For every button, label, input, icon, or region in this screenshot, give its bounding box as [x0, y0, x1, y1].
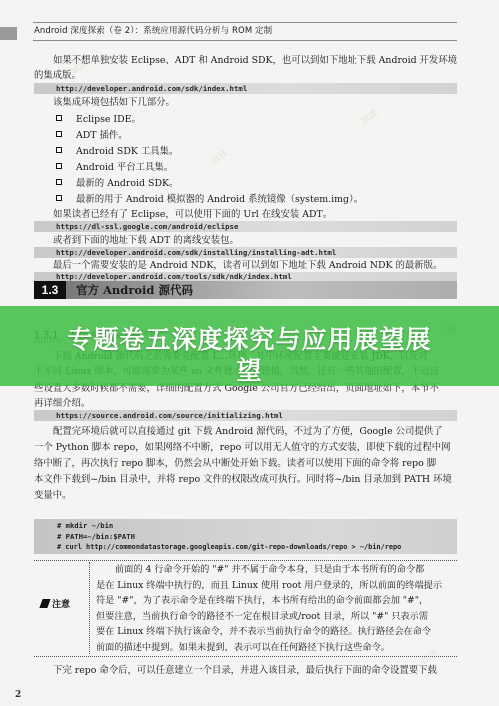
checkbox-bullet-icon [56, 147, 62, 153]
paragraph-line: 的集成版。 [34, 67, 81, 81]
bullet-item: 最新的 Android SDK。 [76, 175, 178, 189]
page-tab-marker [0, 27, 17, 40]
page-number: 2 [15, 690, 21, 700]
note-divider [89, 562, 90, 654]
paragraph-line: 变量中。 [34, 487, 72, 501]
section-heading: 1.3 官方 Android 源代码 [34, 281, 457, 299]
checkbox-bullet-icon [56, 163, 62, 169]
note-text: 前面的 4 行命令开始的 "#" 并不属于命令本身，只是由于本书所有的命令都 是… [96, 562, 456, 655]
watermark: 试读 [358, 106, 380, 127]
bullet-item: ADT 插件。 [76, 127, 128, 141]
paragraph-line: 如果读者已经有了 Eclipse，可以使用下面的 Url 在线安装 ADT。 [53, 206, 332, 220]
book-page: 试读 试读 试读 试读 试读 试读 Android 深度探索（卷 2）：系统应用… [0, 0, 499, 706]
note-border-bottom [34, 656, 457, 657]
url-block: https://dl-ssl.google.com/android/eclips… [34, 221, 457, 232]
bullet-item: Eclipse IDE。 [76, 111, 141, 125]
section-title: 官方 Android 源代码 [76, 281, 193, 299]
paragraph-line: 该集成环境包括如下几部分。 [53, 94, 175, 108]
checkbox-bullet-icon [56, 195, 62, 201]
checkbox-bullet-icon [56, 131, 62, 137]
paragraph-line: 再详细介绍。 [34, 395, 90, 409]
paragraph-line: 或者到下面的地址下载 ADT 的离线安装包。 [53, 232, 239, 246]
code-line: # PATH=~/bin:$PATH [57, 531, 135, 542]
paragraph-line: 一个 Python 脚本 repo，如果网络不中断，repo 可以用无人值守的方… [34, 439, 451, 453]
paragraph-line: 络中断了，再次执行 repo 脚本，仍然会从中断处开始下载。读者可以使用下面的命… [34, 455, 436, 469]
code-line: # mkdir ~/bin [57, 520, 113, 531]
note-border-top [34, 560, 457, 561]
header-rule-top [33, 22, 457, 23]
bullet-item: 最新的用于 Android 模拟器的 Android 系统镜像（system.i… [76, 191, 363, 205]
paragraph-line: 如果不想单独安装 Eclipse、ADT 和 Android SDK，也可以到如… [53, 52, 457, 66]
url-block: https://source.android.com/source/initia… [34, 410, 457, 421]
pen-icon [39, 599, 50, 608]
section-number: 1.3 [34, 281, 66, 299]
url-text: https://source.android.com/source/initia… [56, 410, 283, 421]
url-text: http://developer.android.com/sdk/index.h… [56, 83, 247, 94]
url-block: http://developer.android.com/sdk/index.h… [34, 83, 457, 94]
watermark: 试读 [208, 146, 230, 167]
header-rule-bottom [33, 40, 457, 41]
code-line: # curl http://commondatastorage.googleap… [57, 542, 401, 553]
overlay-title: 专题卷五深度探究与应用展望展望 [0, 324, 499, 386]
paragraph-line: 本文件下载到~/bin 目录中，并将 repo 文件的权限改成可执行。同时将~/… [34, 471, 452, 485]
paragraph-line: 最后一个需要安装的是 Android NDK，读者可以到如下地址下载 Andro… [53, 257, 442, 271]
paragraph-line: 配置完环境后就可以直接通过 git 下载 Android 源代码，不过为了方便，… [53, 423, 443, 437]
checkbox-bullet-icon [56, 179, 62, 185]
paragraph-line: 下完 repo 命令后，可以任意建立一个目录，并进入该目录，最后执行下面的命令设… [53, 662, 437, 676]
note-label: 注意 [41, 597, 70, 610]
bullet-item: Android 平台工具集。 [76, 159, 173, 173]
running-head: Android 深度探索（卷 2）：系统应用源代码分析与 ROM 定制 [34, 24, 272, 36]
url-text: https://dl-ssl.google.com/android/eclips… [56, 221, 238, 232]
checkbox-bullet-icon [56, 115, 62, 121]
code-block: # mkdir ~/bin # PATH=~/bin:$PATH # curl … [34, 519, 457, 554]
bullet-item: Android SDK 工具集。 [76, 143, 178, 157]
